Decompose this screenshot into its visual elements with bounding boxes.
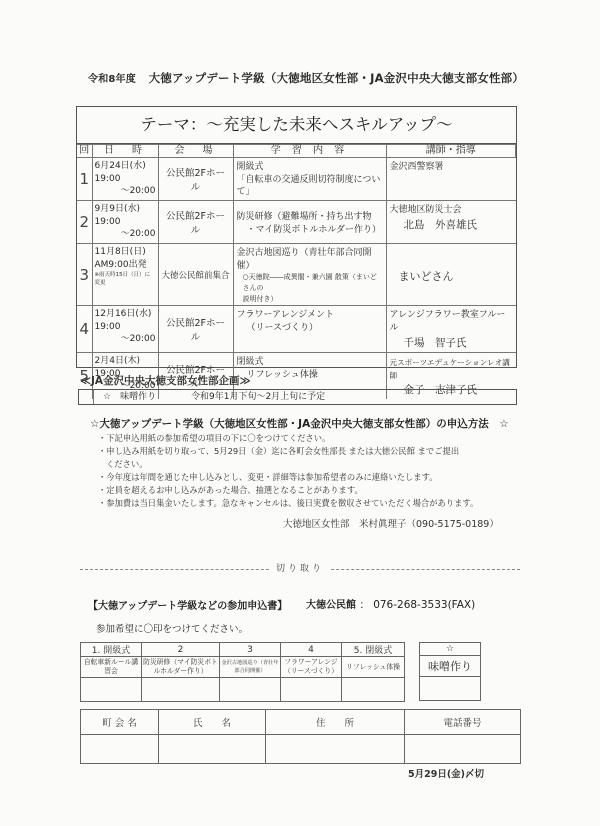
fax-sep: ：	[359, 599, 370, 611]
cut-line: 切り取り	[80, 563, 520, 575]
ja-plan-schedule: 令和9年1月下旬～2月上旬に予定	[191, 390, 325, 404]
session-number: 4	[77, 306, 92, 353]
choice-desc: リフレッシュ体操	[342, 657, 405, 678]
session-choice-table: 1. 開級式 2 3 4 5. 閉級式 自転車新ルール講習会 防災研修（マイ防災…	[80, 642, 405, 702]
fax-number: 076-268-3533(FAX)	[373, 599, 475, 611]
content-line: フラワーアレンジメント	[237, 309, 383, 322]
schedule-header-row: 回 日 時 会 場 学 習 内 容 講師・指導	[77, 145, 516, 158]
choice-header: 1. 開級式	[81, 643, 142, 657]
session-end: ～20:00	[95, 185, 156, 198]
col-instructor: 講師・指導	[386, 145, 516, 158]
theme-banner: テーマ：～充実した未来へスキルアップ～	[77, 107, 516, 144]
choice-desc-row: 自転車新ルール講習会 防災研修（マイ防災ボトルホルダー作り） 金沢古地図巡り（青…	[81, 657, 405, 678]
session-number: 3	[77, 244, 92, 306]
session-instructor: まいどさん	[386, 244, 516, 306]
session-content: 開級式 「自転車の交通反則切符制度について」	[233, 158, 386, 201]
info-header-row: 町 会 名 氏 名 住 所 電話番号	[81, 710, 521, 735]
table-row: 3 11月8日(日) AM9:00出発 ※雨天時15日（日）に変更 大徳公民館前…	[77, 244, 516, 306]
ja-plan-box: ☆ 味噌作り 令和9年1月下旬～2月上旬に予定	[78, 389, 517, 405]
choice-header: 4	[281, 643, 342, 657]
fax-info: 大徳公民館 ： 076-268-3533(FAX)	[306, 596, 475, 612]
choice-header-row: 1. 開級式 2 3 4 5. 閉級式	[81, 643, 405, 657]
session-start: 19:00	[95, 216, 156, 229]
col-content: 学 習 内 容	[233, 145, 386, 158]
rule-item: ・参加費は当日集金いたします。急なキャンセルは、後日実費を徴収させていただく場合…	[98, 497, 478, 510]
table-row: 1 6月24日(水) 19:00 ～20:00 公民館2Fホール 開級式 「自転…	[77, 158, 516, 201]
fax-label: 大徳公民館	[306, 600, 356, 611]
choice-mark-field[interactable]	[81, 678, 142, 702]
session-datetime: 11月8日(日) AM9:00出発 ※雨天時15日（日）に変更	[92, 244, 158, 306]
choice-mark-field[interactable]	[420, 677, 481, 701]
choice-header: 3	[220, 643, 281, 657]
session-number: 1	[77, 158, 92, 201]
document-title: 令和8年度 大徳アップデート学級（大徳地区女性部・JA金沢中央大徳支部女性部）	[88, 70, 524, 86]
session-content: 金沢古地図巡り（青壮年部合同開催） ○天徳院――成異閣・兼六園 散策（まいどさん…	[233, 244, 386, 306]
choice-desc: 味噌作り	[420, 656, 481, 677]
content-line: 説明付き）	[237, 294, 383, 305]
content-line: ・マイ防災ボトルホルダー作り）	[237, 224, 383, 237]
session-start: 19:00	[95, 321, 156, 334]
session-datetime: 9月9日(水) 19:00 ～20:00	[92, 201, 158, 244]
table-row: 4 12月16日(水) 19:00 ～20:00 公民館2Fホール フラワーアレ…	[77, 306, 516, 353]
address-field[interactable]	[266, 735, 405, 764]
session-date: 12月16日(水)	[95, 308, 156, 321]
town-field[interactable]	[81, 735, 159, 764]
instructor-person: 北島 外喜雄氏	[390, 217, 513, 234]
session-instructor: 金沢西警察署	[386, 158, 516, 201]
choice-desc: フラワーアレンジ（リースづくり）	[281, 657, 342, 678]
session-date: 9月9日(水)	[95, 203, 156, 216]
form-title: 【大徳アップデート学級などの参加申込書】	[88, 597, 287, 612]
fiscal-year: 令和8年度	[88, 74, 136, 85]
session-content: フラワーアレンジメント （リースづくり）	[233, 306, 386, 353]
session-venue: 公民館2Fホール	[158, 306, 233, 353]
col-phone: 電話番号	[405, 710, 521, 735]
choice-mark-field[interactable]	[142, 678, 220, 702]
choice-desc: 金沢古地図巡り（青壮年部合同開催）	[220, 657, 281, 678]
rule-item: ・下記申込用紙の参加希望の項目の下に〇をつけてください。	[98, 432, 478, 445]
deadline: 5月29日(金)〆切	[408, 766, 484, 780]
content-line: 開級式	[237, 161, 383, 174]
rule-item: ください。	[98, 458, 478, 471]
session-instructor: アレンジフラワー教室フルール 千場 智子氏	[386, 306, 516, 353]
choice-header: 2	[142, 643, 220, 657]
ja-plan-blank-cell	[79, 390, 94, 404]
session-end: ～20:00	[95, 333, 156, 346]
session-end: ～20:00	[95, 228, 156, 241]
content-line: （リースづくり）	[237, 322, 383, 335]
application-rules: ・下記申込用紙の参加希望の項目の下に〇をつけてください。 ・申し込み用紙を切り取…	[98, 432, 478, 510]
instructor-person: 千場 智子氏	[390, 335, 513, 352]
choice-mark-field[interactable]	[342, 678, 405, 702]
col-venue: 会 場	[158, 145, 233, 158]
form-instruction: 参加希望に〇印をつけてください。	[96, 621, 248, 635]
schedule-table: テーマ：～充実した未来へスキルアップ～ 回 日 時 会 場 学 習 内 容 講師…	[76, 106, 517, 368]
session-number: 2	[77, 201, 92, 244]
table-row: 2 9月9日(水) 19:00 ～20:00 公民館2Fホール 防災研修（避難場…	[77, 201, 516, 244]
choice-desc: 防災研修（マイ防災ボトルホルダー作り）	[142, 657, 220, 678]
content-line: 金沢古地図巡り（青壮年部合同開催）	[237, 247, 383, 272]
instructor-org: 大徳地区防災士会	[390, 204, 513, 217]
col-datetime: 日 時	[92, 145, 158, 158]
rule-item: ・定員を超えるお申し込みがあった場合、抽選となることがあります。	[98, 484, 478, 497]
session-date: 2月4日(木)	[95, 355, 156, 368]
col-number: 回	[77, 145, 92, 158]
col-town: 町 会 名	[81, 710, 159, 735]
content-line: ○天徳院――成異閣・兼六園 散策（まいどさんの	[237, 272, 383, 294]
rain-note: ※雨天時15日（日）に変更	[95, 271, 156, 287]
session-date: 11月8日(日)	[95, 246, 156, 259]
session-venue: 公民館2Fホール	[158, 201, 233, 244]
choice-mark-row	[81, 678, 405, 702]
contact-info: 大徳地区女性部 米村眞理子（090-5175-0189）	[283, 516, 499, 530]
session-venue: 大徳公民館前集合	[158, 244, 233, 306]
choice-header: 5. 閉級式	[342, 643, 405, 657]
phone-field[interactable]	[405, 735, 521, 764]
content-line: リフレッシュ体操	[237, 369, 383, 382]
info-input-row	[81, 735, 521, 764]
session-content: 防災研修（避難場所・持ち出す物 ・マイ防災ボトルホルダー作り）	[233, 201, 386, 244]
star-icon: ☆	[420, 643, 481, 656]
rule-item: ・今年度は年間を通じた申し込みとし、変更・詳細等は参加希望者のみに連絡いたします…	[98, 471, 478, 484]
rule-item: ・申し込み用紙を切り取って、5月29日（金）迄に各町会女性部長 または大徳公民館…	[98, 445, 478, 458]
session-venue: 公民館2Fホール	[158, 158, 233, 201]
instructor-org: 元スポーツエデュケーションレオ講師	[390, 356, 513, 382]
session-datetime: 12月16日(水) 19:00 ～20:00	[92, 306, 158, 353]
cut-label: 切り取り	[270, 564, 330, 574]
choice-desc: 自転車新ルール講習会	[81, 657, 142, 678]
session-date: 6月24日(水)	[95, 160, 156, 173]
choice-mark-field[interactable]	[220, 678, 281, 702]
application-heading: ☆大徳アップデート学級（大徳地区女性部・JA金沢中央大徳支部女性部）の申込方法 …	[90, 416, 509, 431]
instructor-org: 金沢西警察署	[390, 161, 513, 174]
applicant-info-table: 町 会 名 氏 名 住 所 電話番号	[80, 709, 521, 764]
choice-mark-field[interactable]	[281, 678, 342, 702]
session-datetime: 6月24日(水) 19:00 ～20:00	[92, 158, 158, 201]
col-address: 住 所	[266, 710, 405, 735]
instructor-org: アレンジフラワー教室フルール	[390, 309, 513, 335]
content-line: 「自転車の交通反則切符制度について」	[237, 174, 383, 199]
miso-choice-table: ☆ 味噌作り	[419, 642, 481, 701]
content-line: 防災研修（避難場所・持ち出す物	[237, 211, 383, 224]
ja-plan-item: ☆ 味噌作り	[103, 390, 156, 404]
session-start: AM9:00出発	[95, 259, 156, 272]
col-name: 氏 名	[159, 710, 266, 735]
course-title: 大徳アップデート学級（大徳地区女性部・JA金沢中央大徳支部女性部）	[149, 71, 524, 85]
ja-plan-heading: ≪JA金沢中央大徳支部女性部企画≫	[80, 373, 251, 388]
session-start: 19:00	[95, 173, 156, 186]
session-instructor: 大徳地区防災士会 北島 外喜雄氏	[386, 201, 516, 244]
content-line: 閉級式	[237, 356, 383, 369]
name-field[interactable]	[159, 735, 266, 764]
